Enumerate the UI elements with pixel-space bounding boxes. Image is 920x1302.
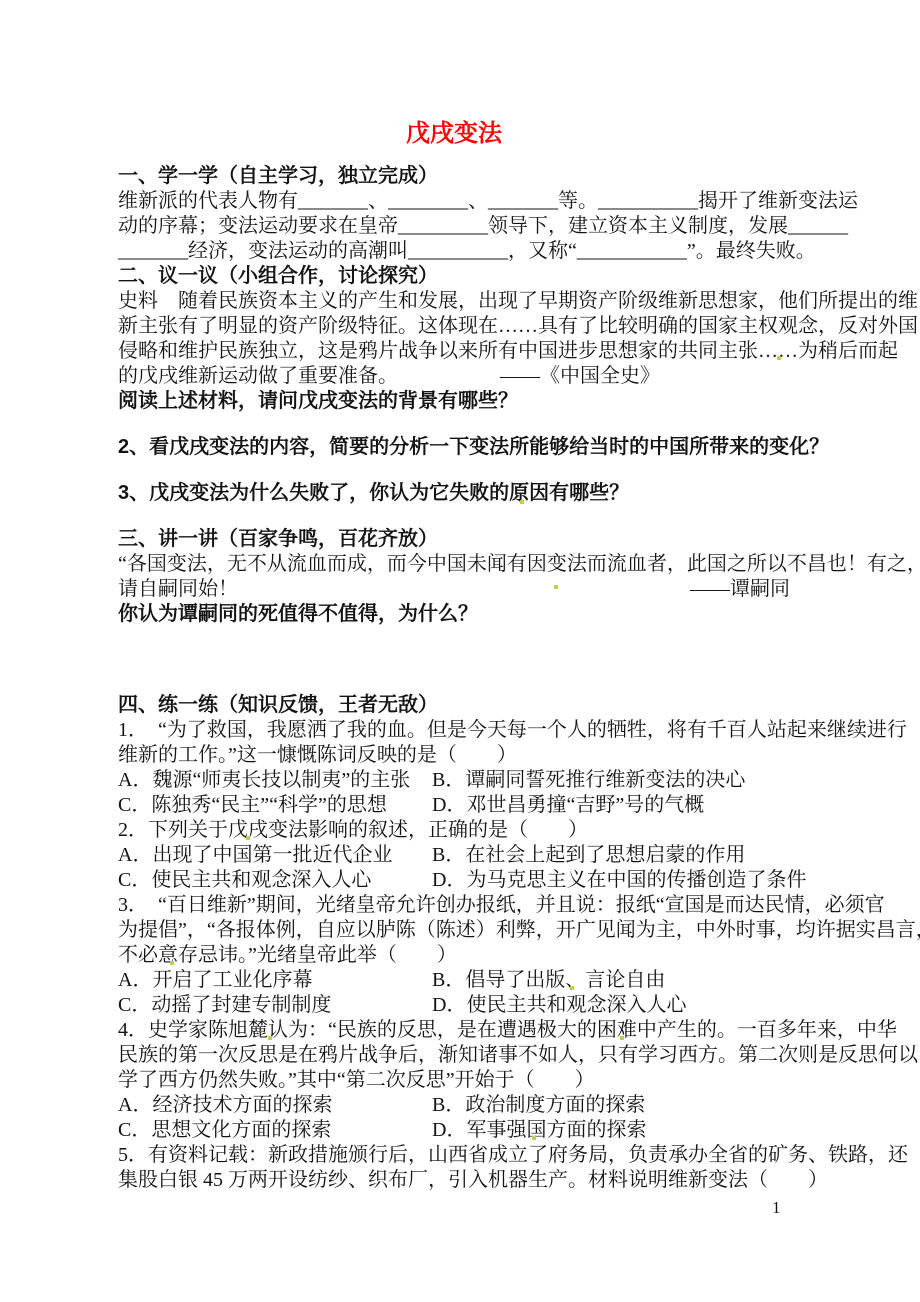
paragraph-line: 新主张有了明显的资产阶级特征。这体现在……具有了比较明确的国家主权观念，反对外国 (118, 314, 790, 339)
paragraph-line: 不必意存忌讳。”光绪皇帝此举（ ） (118, 943, 790, 968)
paragraph-line: 请自嗣同始！——谭嗣同 (118, 577, 790, 602)
stray-mark (620, 1036, 624, 1040)
stray-mark (554, 585, 558, 589)
document-page: 戊戌变法 一、学一学（自主学习，独立完成）维新派的代表人物有_______、__… (0, 0, 920, 1302)
section-heading: 四、练一练（知识反馈，王者无敌） (118, 693, 790, 718)
document-lines: 一、学一学（自主学习，独立完成）维新派的代表人物有_______、_______… (118, 164, 790, 1193)
paragraph-line: 学了西方仍然失败。”其中“第二次反思”开始于（ ） (118, 1068, 790, 1093)
option-a: C．动摇了封建专制制度 (118, 993, 432, 1018)
option-row: C．思想文化方面的探索D．军事强国方面的探索 (118, 1118, 790, 1143)
stray-mark (570, 986, 574, 990)
option-b: D．军事强国方面的探索 (432, 1118, 790, 1143)
option-a: C．思想文化方面的探索 (118, 1118, 432, 1143)
paragraph-line: 集股白银 45 万两开设纺纱、织布厂，引入机器生产。材料说明维新变法（ ） (118, 1168, 790, 1193)
option-b: B．政治制度方面的探索 (432, 1093, 790, 1118)
document-body: 戊戌变法 一、学一学（自主学习，独立完成）维新派的代表人物有_______、__… (118, 120, 790, 1193)
option-b: B．在社会上起到了思想启蒙的作用 (432, 843, 790, 868)
option-b: D．邓世昌勇撞“吉野”号的气概 (432, 793, 790, 818)
stray-mark (268, 1036, 272, 1040)
section-heading: 二、议一议（小组合作，讨论探究） (118, 264, 790, 289)
attribution: ——谭嗣同 (690, 577, 790, 602)
paragraph-line: 1． “为了救国，我愿洒了我的血。但是今天每一个人的牺牲，将有千百人站起来继续进… (118, 718, 790, 743)
option-a: C．陈独秀“民主”“科学”的思想 (118, 793, 432, 818)
attribution: ——《中国全史》 (500, 364, 660, 389)
paragraph-line: _______经济，变法运动的高潮叫__________，又称“________… (118, 239, 790, 264)
option-row: C．动摇了封建专制制度D．使民主共和观念深入人心 (118, 993, 790, 1018)
option-row: A．魏源“师夷长技以制夷”的主张B．谭嗣同誓死推行维新变法的决心 (118, 768, 790, 793)
option-row: C．陈独秀“民主”“科学”的思想D．邓世昌勇撞“吉野”号的气概 (118, 793, 790, 818)
paragraph-line: “各国变法，无不从流血而成，而今中国未闻有因变法而流血者，此国之所以不昌也！有之… (118, 552, 790, 577)
question-line: 2、看戊戌变法的内容，简要的分析一下变法所能够给当时的中国所带来的变化？ (118, 435, 790, 460)
question-line: 阅读上述材料，请问戊戌变法的背景有哪些？ (118, 389, 790, 414)
option-a: A．出现了中国第一批近代企业 (118, 843, 432, 868)
paragraph-line: 动的序幕；变法运动要求在皇帝_________领导下，建立资本主义制度，发展__… (118, 214, 790, 239)
paragraph-line: 的戊戌维新运动做了重要准备。——《中国全史》 (118, 364, 790, 389)
paragraph-line: 3． “百日维新”期间，光绪皇帝允许创办报纸，并且说：报纸“宣国是而达民情，必须… (118, 893, 790, 918)
option-b: B．谭嗣同誓死推行维新变法的决心 (432, 768, 790, 793)
stray-mark (777, 356, 781, 360)
option-a: A．开启了工业化序幕 (118, 968, 432, 993)
paragraph-line: 侵略和维护民族独立，这是鸦片战争以来所有中国进步思想家的共同主张……为稍后而起 (118, 339, 790, 364)
stray-mark (532, 1136, 536, 1140)
paragraph-line: 4．史学家陈旭麓认为：“民族的反思，是在遭遇极大的困难中产生的。一百多年来，中华 (118, 1018, 790, 1043)
option-row: C．使民主共和观念深入人心D．为马克思主义在中国的传播创造了条件 (118, 868, 790, 893)
stray-mark (246, 836, 250, 840)
stray-mark (170, 961, 174, 965)
paragraph-line: 史料 随着民族资本主义的产生和发展，出现了早期资产阶级维新思想家，他们所提出的维 (118, 289, 790, 314)
paragraph-line: 为提倡”，“各报体例，自应以胪陈（陈述）利弊，开广见闻为主，中外时事，均许据实昌… (118, 918, 790, 943)
option-a: C．使民主共和观念深入人心 (118, 868, 432, 893)
option-b: D．使民主共和观念深入人心 (432, 993, 790, 1018)
paragraph-line: 民族的第一次反思是在鸦片战争后，渐知诸事不如人，只有学习西方。第二次则是反思何以 (118, 1043, 790, 1068)
option-b: B．倡导了出版、言论自由 (432, 968, 790, 993)
question-line: 3、戊戌变法为什么失败了，你认为它失败的原因有哪些？ (118, 481, 790, 506)
section-heading: 一、学一学（自主学习，独立完成） (118, 164, 790, 189)
option-b: D．为马克思主义在中国的传播创造了条件 (432, 868, 806, 893)
stray-mark (520, 500, 524, 504)
paragraph-text: 请自嗣同始！ (118, 577, 238, 602)
option-row: A．出现了中国第一批近代企业B．在社会上起到了思想启蒙的作用 (118, 843, 790, 868)
paragraph-line: 2．下列关于戊戌变法影响的叙述，正确的是（ ） (118, 818, 790, 843)
paragraph-line: 维新的工作。”这一慷慨陈词反映的是（ ） (118, 743, 790, 768)
section-heading: 三、讲一讲（百家争鸣，百花齐放） (118, 527, 790, 552)
option-row: A．开启了工业化序幕B．倡导了出版、言论自由 (118, 968, 790, 993)
question-line: 你认为谭嗣同的死值得不值得，为什么？ (118, 602, 790, 627)
option-a: A．魏源“师夷长技以制夷”的主张 (118, 768, 432, 793)
option-row: A．经济技术方面的探索B．政治制度方面的探索 (118, 1093, 790, 1118)
paragraph-line: 5．有资料记载：新政措施颁行后，山西省成立了府务局，负责承办全省的矿务、铁路，还 (118, 1143, 790, 1168)
option-a: A．经济技术方面的探索 (118, 1093, 432, 1118)
paragraph-line: 维新派的代表人物有_______、________、_______等。_____… (118, 189, 790, 214)
page-number: 1 (772, 1198, 781, 1218)
paragraph-text: 的戊戌维新运动做了重要准备。 (118, 365, 398, 387)
document-title: 戊戌变法 (118, 120, 790, 148)
